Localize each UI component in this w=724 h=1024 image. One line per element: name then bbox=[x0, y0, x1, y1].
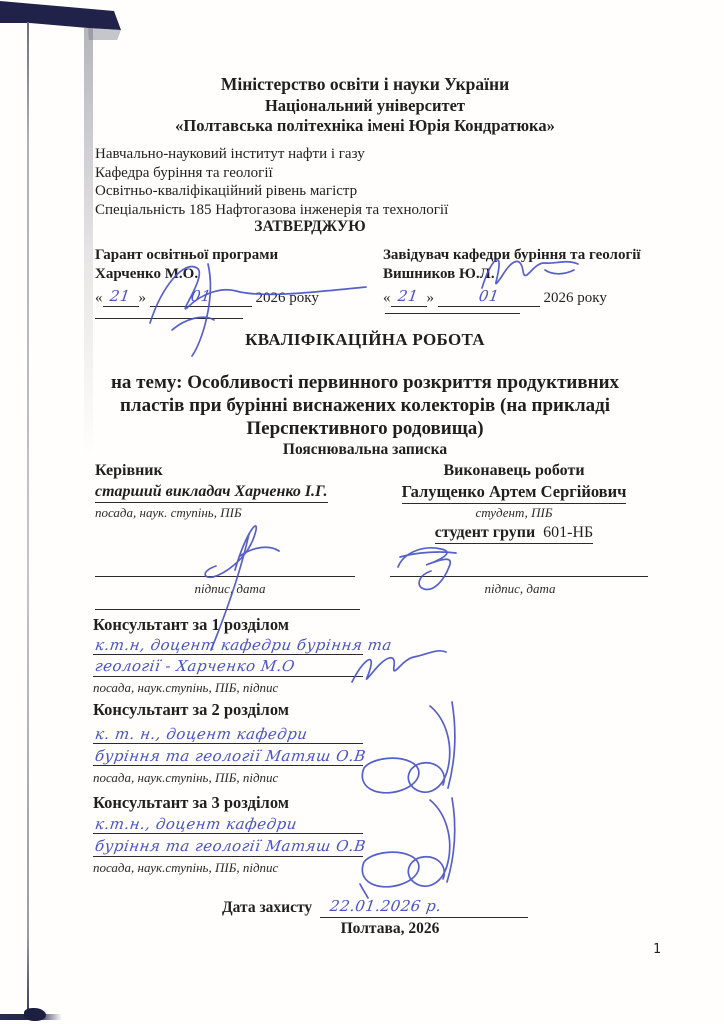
city-year-line: Полтава, 2026 bbox=[290, 920, 490, 938]
university-name-line: «Полтавська політехніка імені Юрія Кондр… bbox=[40, 116, 690, 136]
supervisor-name: старший викладач Харченко І.Г. bbox=[95, 483, 328, 503]
institute-line: Навчально-науковий інститут нафти і газу bbox=[95, 145, 448, 164]
quote-close: » bbox=[427, 290, 435, 306]
specialty-line: Спеціальність 185 Нафтогазова інженерія … bbox=[95, 201, 448, 220]
consultant-3-signature-tall bbox=[447, 798, 455, 882]
defense-date-line bbox=[320, 917, 528, 918]
supervisor-label: Керівник bbox=[95, 462, 367, 480]
consultant-1-label: Консультант за 1 розділом bbox=[93, 615, 289, 635]
approval-left-role: Гарант освітньої програми bbox=[95, 247, 380, 264]
executor-signature-cross bbox=[400, 552, 456, 557]
student-group-value: 601-НБ bbox=[543, 524, 593, 541]
consultant-3-line-1 bbox=[93, 833, 363, 834]
handwritten-day: 21 bbox=[397, 287, 420, 305]
consultant-3-label: Консультант за 3 розділом bbox=[93, 793, 289, 813]
topic-line-1: на тему: Особливості первинного розкритт… bbox=[40, 371, 690, 394]
executor-caption: студент, ПІБ bbox=[378, 505, 650, 521]
consultant-1-handwriting-1: к.т.н, доцент кафедри буріння та bbox=[94, 637, 393, 654]
quote-close: » bbox=[139, 290, 147, 306]
scan-corner-artifact bbox=[0, 0, 724, 40]
executor-signature-line bbox=[390, 576, 648, 577]
scan-left-edge-line bbox=[27, 22, 29, 1014]
supervisor-signature bbox=[205, 526, 256, 577]
supervisor-caption: посада, наук. ступінь, ПІБ bbox=[95, 505, 367, 521]
executor-block: Виконавець роботи Галущенко Артем Сергій… bbox=[378, 462, 650, 544]
guarantor-signature-loop bbox=[172, 317, 214, 330]
consultant-2-caption: посада, наук.ступінь, ПІБ, підпис bbox=[93, 770, 278, 786]
university-line: Національний університет bbox=[40, 96, 690, 116]
topic-line-3: Перспективного родовища) bbox=[40, 417, 690, 440]
consultant-2-signature-loop bbox=[408, 706, 449, 792]
supervisor-signature-caption: підпис, дата bbox=[130, 581, 330, 597]
department-line: Кафедра буріння та геології bbox=[95, 164, 448, 183]
year-label: 2026 року bbox=[256, 290, 319, 306]
consultant-2-handwriting-2: буріння та геології Матяш О.В bbox=[94, 748, 367, 765]
work-type-title: КВАЛІФІКАЦІЙНА РОБОТА bbox=[40, 330, 690, 350]
consultant-2-line-1 bbox=[93, 743, 363, 744]
quote-open: « bbox=[95, 290, 103, 306]
level-line: Освітньо-кваліфікаційний рівень магістр bbox=[95, 182, 448, 201]
scan-bottom-blob bbox=[24, 1008, 46, 1021]
consultant-1-handwriting-2: геології - Харченко М.О bbox=[94, 658, 296, 675]
executor-name: Галущенко Артем Сергійович bbox=[402, 482, 627, 504]
institute-block: Навчально-науковий інститут нафти і газу… bbox=[95, 145, 448, 219]
explanatory-note-label: Пояснювальна записка bbox=[40, 441, 690, 459]
approval-left-date: «21» 01 2026 року bbox=[95, 287, 380, 307]
consultant-3-signature-loop bbox=[408, 800, 449, 886]
blank-line bbox=[95, 609, 360, 610]
page-number: 1 bbox=[653, 942, 661, 957]
approval-right-block: Завідувач кафедри буріння та геології Ви… bbox=[383, 247, 658, 307]
handwritten-month: 01 bbox=[477, 287, 500, 305]
approve-heading: ЗАТВЕРДЖУЮ bbox=[0, 218, 620, 236]
approval-left-name: Харченко М.О. bbox=[95, 266, 380, 283]
executor-signature-caption: підпис, дата bbox=[420, 581, 620, 597]
handwritten-day: 21 bbox=[109, 287, 132, 305]
consultant-2-label: Консультант за 2 розділом bbox=[93, 700, 289, 720]
approval-right-name: Вишников Ю.Л. bbox=[383, 266, 658, 283]
consultant-1-line-1 bbox=[93, 654, 363, 655]
student-group-row: студент групи 601-НБ bbox=[378, 524, 650, 544]
defense-date-handwritten: 22.01.2026 р. bbox=[329, 897, 443, 915]
student-group-label: студент групи bbox=[435, 524, 535, 541]
approval-right-role: Завідувач кафедри буріння та геології bbox=[383, 247, 658, 264]
approval-left-block: Гарант освітньої програми Харченко М.О. … bbox=[95, 247, 380, 307]
consultant-3-caption: посада, наук.ступінь, ПІБ, підпис bbox=[93, 860, 278, 876]
consultant-1-caption: посада, наук.ступінь, ПІБ, підпис bbox=[93, 680, 278, 696]
year-label: 2026 року bbox=[544, 290, 607, 306]
consultant-2-signature-tall bbox=[448, 702, 455, 788]
supervisor-signature-line bbox=[95, 576, 355, 577]
consultant-2-line-2 bbox=[93, 765, 363, 766]
defense-date-stroke bbox=[360, 884, 368, 898]
approval-right-signature-line bbox=[385, 313, 520, 314]
ministry-line: Міністерство освіти і науки України bbox=[40, 74, 690, 95]
consultant-2-handwriting-1: к. т. н., доцент кафедри bbox=[94, 726, 309, 743]
executor-label: Виконавець роботи bbox=[378, 462, 650, 480]
topic-line-2: пластів при бурінні виснажених колекторі… bbox=[40, 394, 690, 417]
consultant-3-handwriting-1: к.т.н., доцент кафедри bbox=[94, 816, 298, 833]
handwritten-month: 01 bbox=[189, 287, 212, 305]
defense-date-label: Дата захисту bbox=[222, 899, 312, 917]
title-block: КВАЛІФІКАЦІЙНА РОБОТА на тему: Особливос… bbox=[40, 330, 690, 459]
consultant-3-handwriting-2: буріння та геології Матяш О.В bbox=[94, 838, 367, 855]
supervisor-signature-top bbox=[240, 547, 279, 556]
consultant-1-line-2 bbox=[93, 676, 363, 677]
quote-open: « bbox=[383, 290, 391, 306]
consultant-2-signature-circle bbox=[362, 758, 419, 793]
approval-right-date: «21» 01 2026 року bbox=[383, 287, 658, 307]
supervisor-block: Керівник старший викладач Харченко І.Г. … bbox=[95, 462, 367, 521]
consultant-3-signature-circle bbox=[362, 852, 419, 887]
consultant-1-signature bbox=[352, 651, 446, 682]
scanned-title-page: Міністерство освіти і науки України Наці… bbox=[0, 0, 724, 1024]
approval-left-signature-line bbox=[95, 318, 243, 319]
consultant-3-line-2 bbox=[93, 856, 363, 857]
